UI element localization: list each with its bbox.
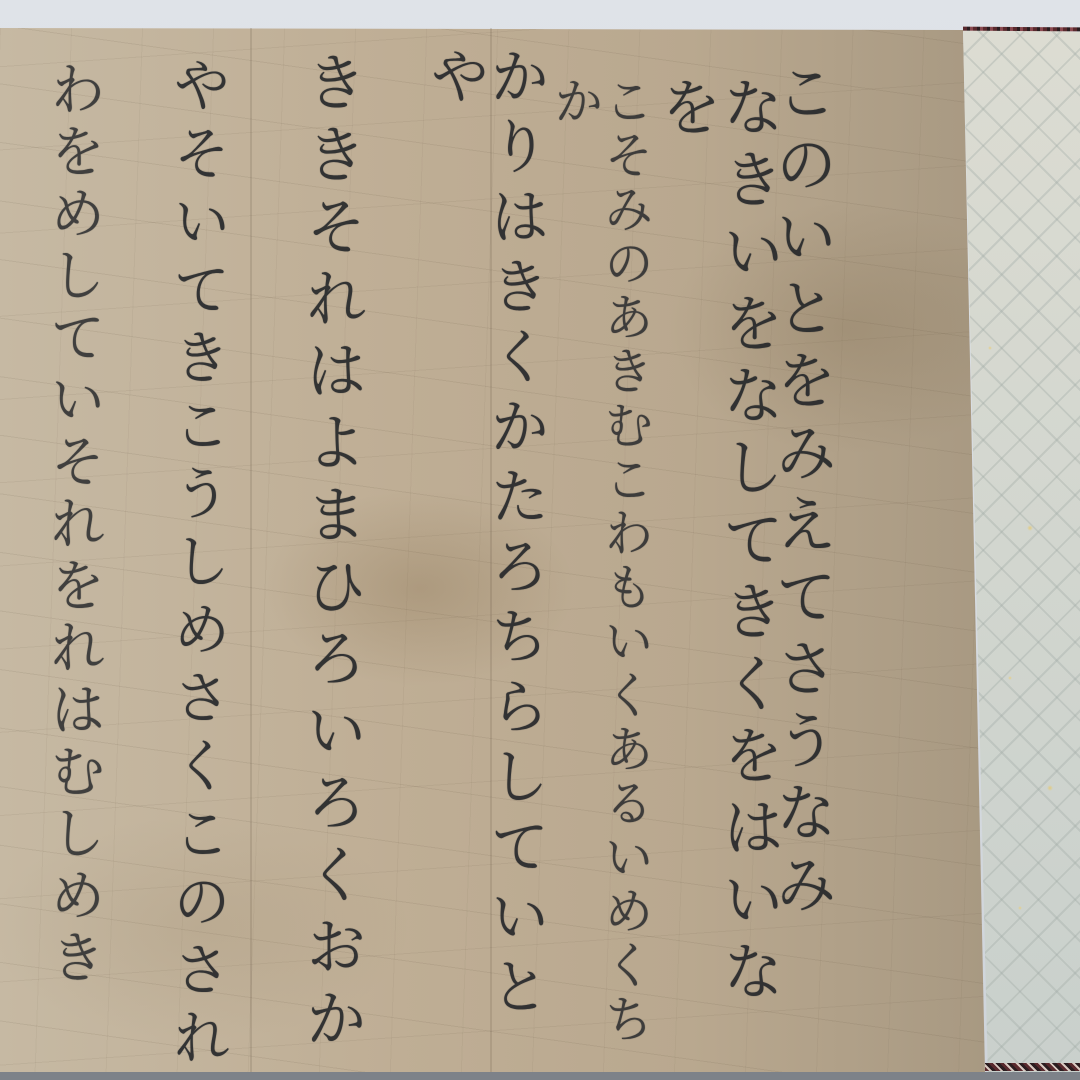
table-edge xyxy=(0,1072,1080,1080)
calligraphy-column-3: こそみのあきむこわもいくあるいめくちか xyxy=(550,75,650,1080)
mount-binding-bottom xyxy=(985,1063,1080,1071)
calligraphy-column-5: ききそれはよまひろいろくおか xyxy=(300,50,362,1058)
calligraphy-column-6: やそいてきこうしめさくこのされ xyxy=(168,55,226,1075)
calligraphy-column-2: なきいをなしてきくをはいなを xyxy=(655,75,779,1080)
calligraphy-column-7: わをめしていそれをれはむしめき xyxy=(45,60,101,990)
mount-binding-top xyxy=(963,27,1080,32)
paper-seam xyxy=(250,28,252,1080)
calligraphy-column-4: かりはきくかたろちらしていとや xyxy=(425,45,545,1080)
